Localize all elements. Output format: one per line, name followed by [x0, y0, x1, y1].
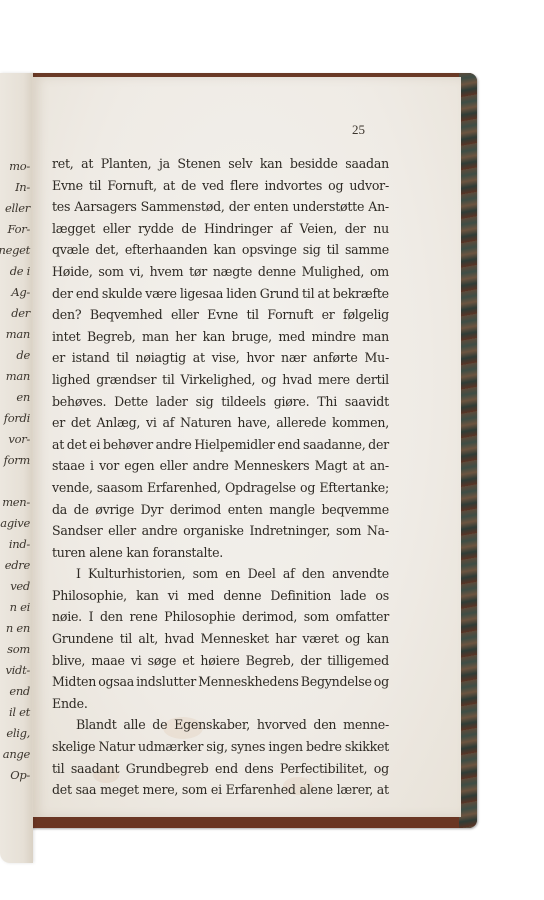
- text-line: ret,atPlanten,jaStenenselvkanbesiddesaad…: [52, 153, 389, 175]
- book-binding-edge: [459, 73, 477, 828]
- left-text-fragment: en: [0, 387, 30, 408]
- page-body-text: ret,atPlanten,jaStenenselvkanbesiddesaad…: [52, 153, 389, 801]
- text-line: atdeteibehøverandreHielpemidlerendsaadan…: [52, 434, 389, 456]
- text-line: staaeivoregenellerandreMenneskersMagtata…: [52, 455, 389, 477]
- text-line: Høide,somvi,hvemtørnægtedenneMulighed,om: [52, 261, 389, 283]
- text-line: nøie.IdenrenePhilosophiederimod,somomfat…: [52, 606, 389, 628]
- left-text-fragment: de i: [0, 261, 30, 282]
- text-line: dadeøvrigeDyrderimodentenmanglebeqvemme: [52, 499, 389, 521]
- text-line: blive,maaevisøgeethøiereBegreb,dertillig…: [52, 650, 389, 672]
- text-line: intetBegreb,manherkanbruge,medmindreman: [52, 326, 389, 348]
- text-line: Grundenetilalt,hvadMennesketharværetogka…: [52, 628, 389, 650]
- left-text-fragment: n ei: [0, 597, 30, 618]
- text-line: skeligeNaturudmærkersig,synesingenbedres…: [52, 736, 389, 758]
- left-text-fragment: ind-: [0, 534, 30, 555]
- text-line: behøves.Detteladersigtildeelsgiøre.Thisa…: [52, 391, 389, 413]
- left-text-fragment: man: [0, 324, 30, 345]
- left-text-fragment: form: [0, 450, 30, 471]
- text-line: den?BeqvemhedellerEvnetilFornufterfølgel…: [52, 304, 389, 326]
- text-line: qvæledet,efterhaandenkanopsvingesigtilsa…: [52, 239, 389, 261]
- text-line: turen alene kan foranstalte.: [52, 542, 389, 564]
- left-text-fragment: elig,: [0, 723, 30, 744]
- left-text-fragment: man: [0, 366, 30, 387]
- left-text-fragment: n en: [0, 618, 30, 639]
- left-text-fragment: neget: [0, 240, 30, 261]
- text-line: Ende.: [52, 693, 389, 715]
- left-text-fragment: ange: [0, 744, 30, 765]
- text-line: læggetellerryddedeHindringerafVeien,dern…: [52, 218, 389, 240]
- text-line: lighedgrændsertilVirkelighed,oghvadmered…: [52, 369, 389, 391]
- left-text-fragment: mo-: [0, 156, 30, 177]
- left-text-fragment: eller: [0, 198, 30, 219]
- left-text-fragment: vidt-: [0, 660, 30, 681]
- left-text-fragment: il et: [0, 702, 30, 723]
- text-line: vende,saasomErfarenhed,OpdragelseogEfter…: [52, 477, 389, 499]
- left-text-fragment: For-: [0, 219, 30, 240]
- text-line: IKulturhistorien,somenDeelafdenanvendte: [52, 563, 389, 585]
- text-line: SandserellerandreorganiskeIndretninger,s…: [52, 520, 389, 542]
- left-text-fragment: Op-: [0, 765, 30, 786]
- left-text-fragment: end: [0, 681, 30, 702]
- page-number: 25: [352, 122, 365, 138]
- text-line: erdetAnlæg,viafNaturenhave,alleredekomme…: [52, 412, 389, 434]
- left-text-fragment: der: [0, 303, 30, 324]
- left-text-fragment: men-: [0, 492, 30, 513]
- left-page-text-fragments: mo-In-ellerFor-negetde iAg-dermandemanen…: [0, 156, 30, 786]
- left-page: mo-In-ellerFor-negetde iAg-dermandemanen…: [0, 73, 33, 863]
- text-line: tesAarsagersSammenstød,derentenunderstøt…: [52, 196, 389, 218]
- text-line: detsaamegetmere,someiErfarenhedalenelære…: [52, 779, 389, 801]
- left-text-fragment: [0, 471, 30, 492]
- text-line: BlandtalledeEgenskaber,hvorveddenmenne-: [52, 714, 389, 736]
- text-line: derendskuldeværeligesaalidenGrundtilatbe…: [52, 283, 389, 305]
- left-text-fragment: edre: [0, 555, 30, 576]
- left-text-fragment: Ag-: [0, 282, 30, 303]
- left-text-fragment: de: [0, 345, 30, 366]
- left-text-fragment: som: [0, 639, 30, 660]
- left-text-fragment: vor-: [0, 429, 30, 450]
- text-line: MidtenogsaaindslutterMenneskhedensBegynd…: [52, 671, 389, 693]
- left-text-fragment: fordi: [0, 408, 30, 429]
- text-line: tilsaadantGrundbegrebenddensPerfectibili…: [52, 758, 389, 780]
- left-text-fragment: ved: [0, 576, 30, 597]
- text-line: Philosophie,kanvimeddenneDefinitionladeo…: [52, 585, 389, 607]
- text-line: EvnetilFornuft,atdevedflereindvortesogud…: [52, 175, 389, 197]
- left-text-fragment: agive: [0, 513, 30, 534]
- left-text-fragment: In-: [0, 177, 30, 198]
- text-line: eristandtilnøiagtigatvise,hvornæranførte…: [52, 347, 389, 369]
